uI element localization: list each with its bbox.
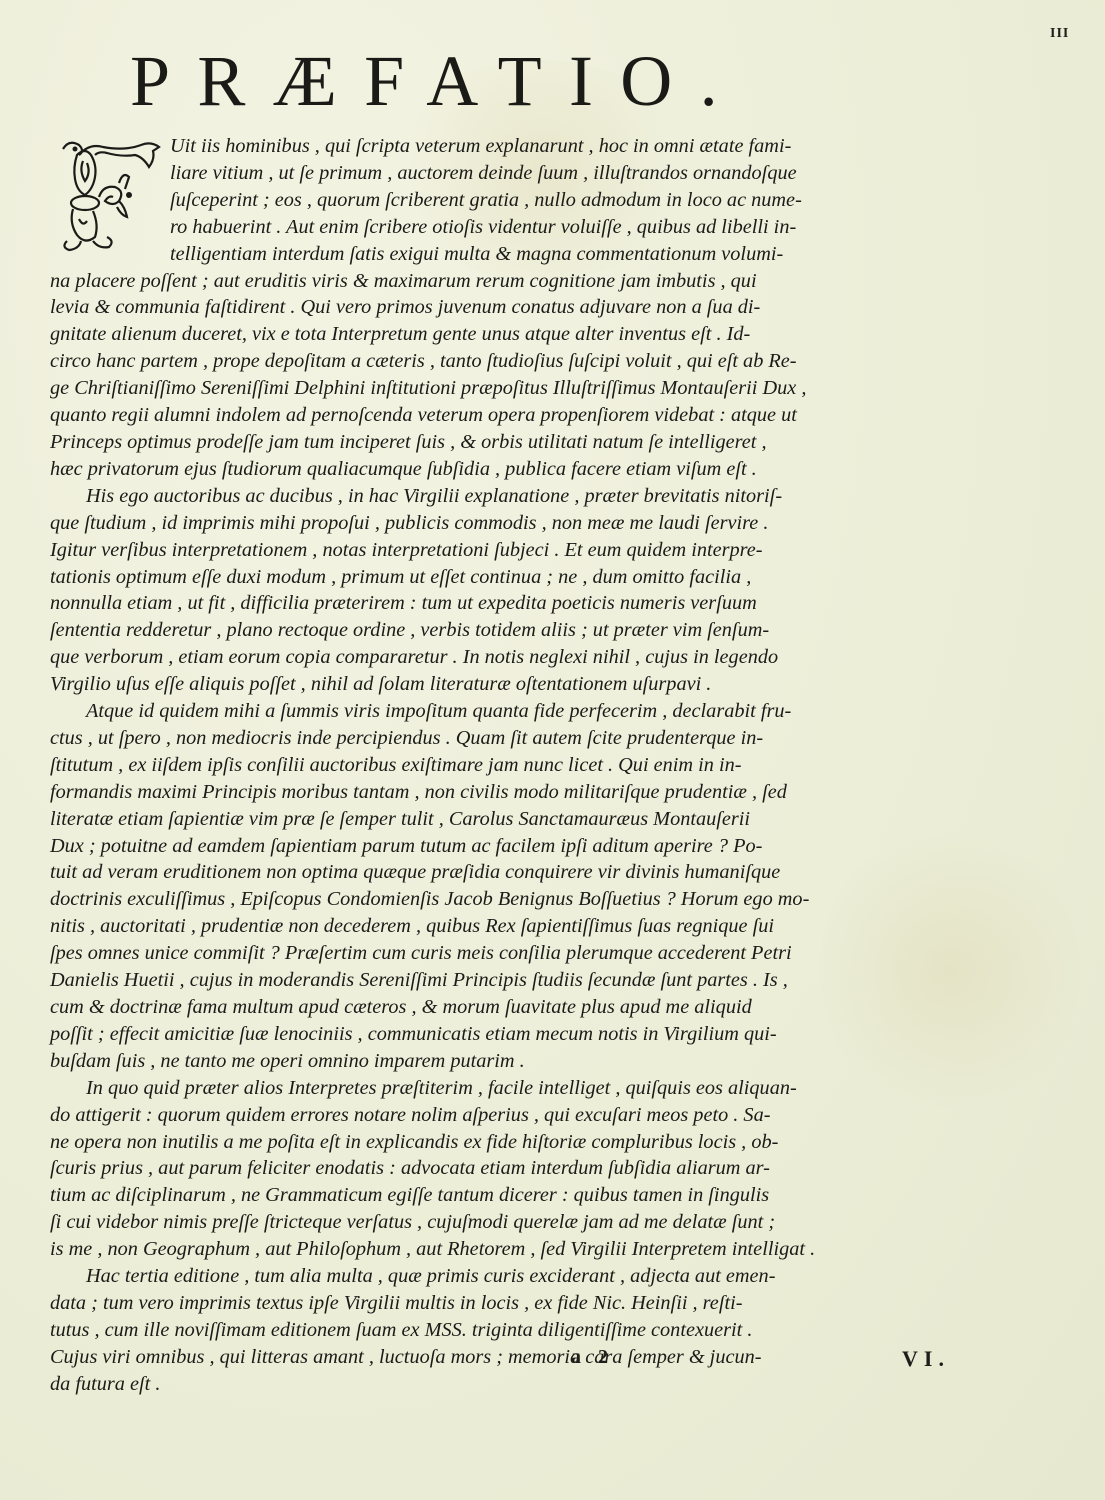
text-line: Princeps optimus prodeſſe jam tum incipe… <box>50 429 1020 456</box>
text-line: levia & communia faſtidirent . Qui vero … <box>50 294 1020 321</box>
text-line: Hac tertia editione , tum alia multa , q… <box>50 1263 1020 1290</box>
text-line: ne opera non inutilis a me poſita eſt in… <box>50 1129 1020 1156</box>
text-line: doctrinis exculiſſimus , Epiſcopus Condo… <box>50 886 1020 913</box>
text-line: literatæ etiam ſapientiæ vim præ ſe ſemp… <box>50 806 1020 833</box>
text-line: tuit ad veram eruditionem non optima quæ… <box>50 859 1020 886</box>
text-line: formandis maximi Principis moribus tanta… <box>50 779 1020 806</box>
text-line: In quo quid præter alios Interpretes præ… <box>50 1075 1020 1102</box>
text-line: data ; tum vero imprimis textus ipſe Vir… <box>50 1290 1020 1317</box>
text-line: ſpes omnes unice commiſit ? Præſertim cu… <box>50 940 1020 967</box>
text-line: Uit iis hominibus , qui ſcripta veterum … <box>50 133 1020 160</box>
text-line: is me , non Geographum , aut Philoſophum… <box>50 1236 1020 1263</box>
text-line: telligentiam interdum ſatis exigui multa… <box>50 241 1020 268</box>
text-line: ctus , ut ſpero , non mediocris inde per… <box>50 725 1020 752</box>
book-page: III PRÆFATIO. Uit iis homini <box>0 0 1105 1500</box>
signature-mark: a 2 <box>571 1346 614 1369</box>
text-line: buſdam ſuis , ne tanto me operi omnino i… <box>50 1048 1020 1075</box>
text-line: liare vitium , ut ſe primum , auctorem d… <box>50 160 1020 187</box>
text-line: Atque id quidem mihi a ſummis viris impo… <box>50 698 1020 725</box>
text-line: Igitur verſibus interpretationem , notas… <box>50 537 1020 564</box>
text-line: nitis , auctoritati , prudentiæ non dece… <box>50 913 1020 940</box>
text-line: ſententia redderetur , plano rectoque or… <box>50 617 1020 644</box>
text-line: Dux ; potuitne ad eamdem ſapientiam paru… <box>50 833 1020 860</box>
text-line: tationis optimum eſſe duxi modum , primu… <box>50 564 1020 591</box>
text-line: tium ac diſciplinarum , ne Grammaticum e… <box>50 1182 1020 1209</box>
text-line: ſtitutum , ex iiſdem ipſis conſilii auct… <box>50 752 1020 779</box>
text-line: Virgilio uſus eſſe aliquis poſſet , nihi… <box>50 671 1020 698</box>
catchword: VI. <box>902 1346 950 1372</box>
text-line: cum & doctrinæ fama multum apud cæteros … <box>50 994 1020 1021</box>
text-line: que verborum , etiam eorum copia compara… <box>50 644 1020 671</box>
text-line: circo hanc partem , prope depoſitam a cæ… <box>50 348 1020 375</box>
text-line: ſi cui videbor nimis preſſe ſtricteque v… <box>50 1209 1020 1236</box>
text-line: hæc privatorum ejus ſtudiorum qualiacumq… <box>50 456 1020 483</box>
text-line: que ſtudium , id imprimis mihi propoſui … <box>50 510 1020 537</box>
page-title: PRÆFATIO. <box>130 40 930 123</box>
text-line: His ego auctoribus ac ducibus , in hac V… <box>50 483 1020 510</box>
text-line: tutus , cum ille noviſſimam editionem ſu… <box>50 1317 1020 1344</box>
text-line: ge Chriſtianiſſimo Sereniſſimi Delphini … <box>50 375 1020 402</box>
running-page-number: III <box>1050 26 1069 42</box>
text-line: quanto regii alumni indolem ad pernoſcen… <box>50 402 1020 429</box>
text-line: ro habuerint . Aut enim ſcribere otioſis… <box>50 214 1020 241</box>
text-line: Cujus viri omnibus , qui litteras amant … <box>50 1344 1020 1371</box>
text-line: poſſit ; effecit amicitiæ ſuæ lenociniis… <box>50 1021 1020 1048</box>
text-line: da futura eſt . <box>50 1371 1020 1398</box>
text-line: nonnulla etiam , ut fit , difficilia præ… <box>50 590 1020 617</box>
text-line: na placere poſſent ; aut eruditis viris … <box>50 268 1020 295</box>
text-line: ſcuris prius , aut parum feliciter enoda… <box>50 1155 1020 1182</box>
text-line: do attigerit : quorum quidem errores not… <box>50 1102 1020 1129</box>
text-line: gnitate alienum duceret, vix e tota Inte… <box>50 321 1020 348</box>
preface-body: Uit iis hominibus , qui ſcripta veterum … <box>50 133 1020 1398</box>
text-line: Danielis Huetii , cujus in moderandis Se… <box>50 967 1020 994</box>
text-line: ſuſceperint ; eos , quorum ſcriberent gr… <box>50 187 1020 214</box>
